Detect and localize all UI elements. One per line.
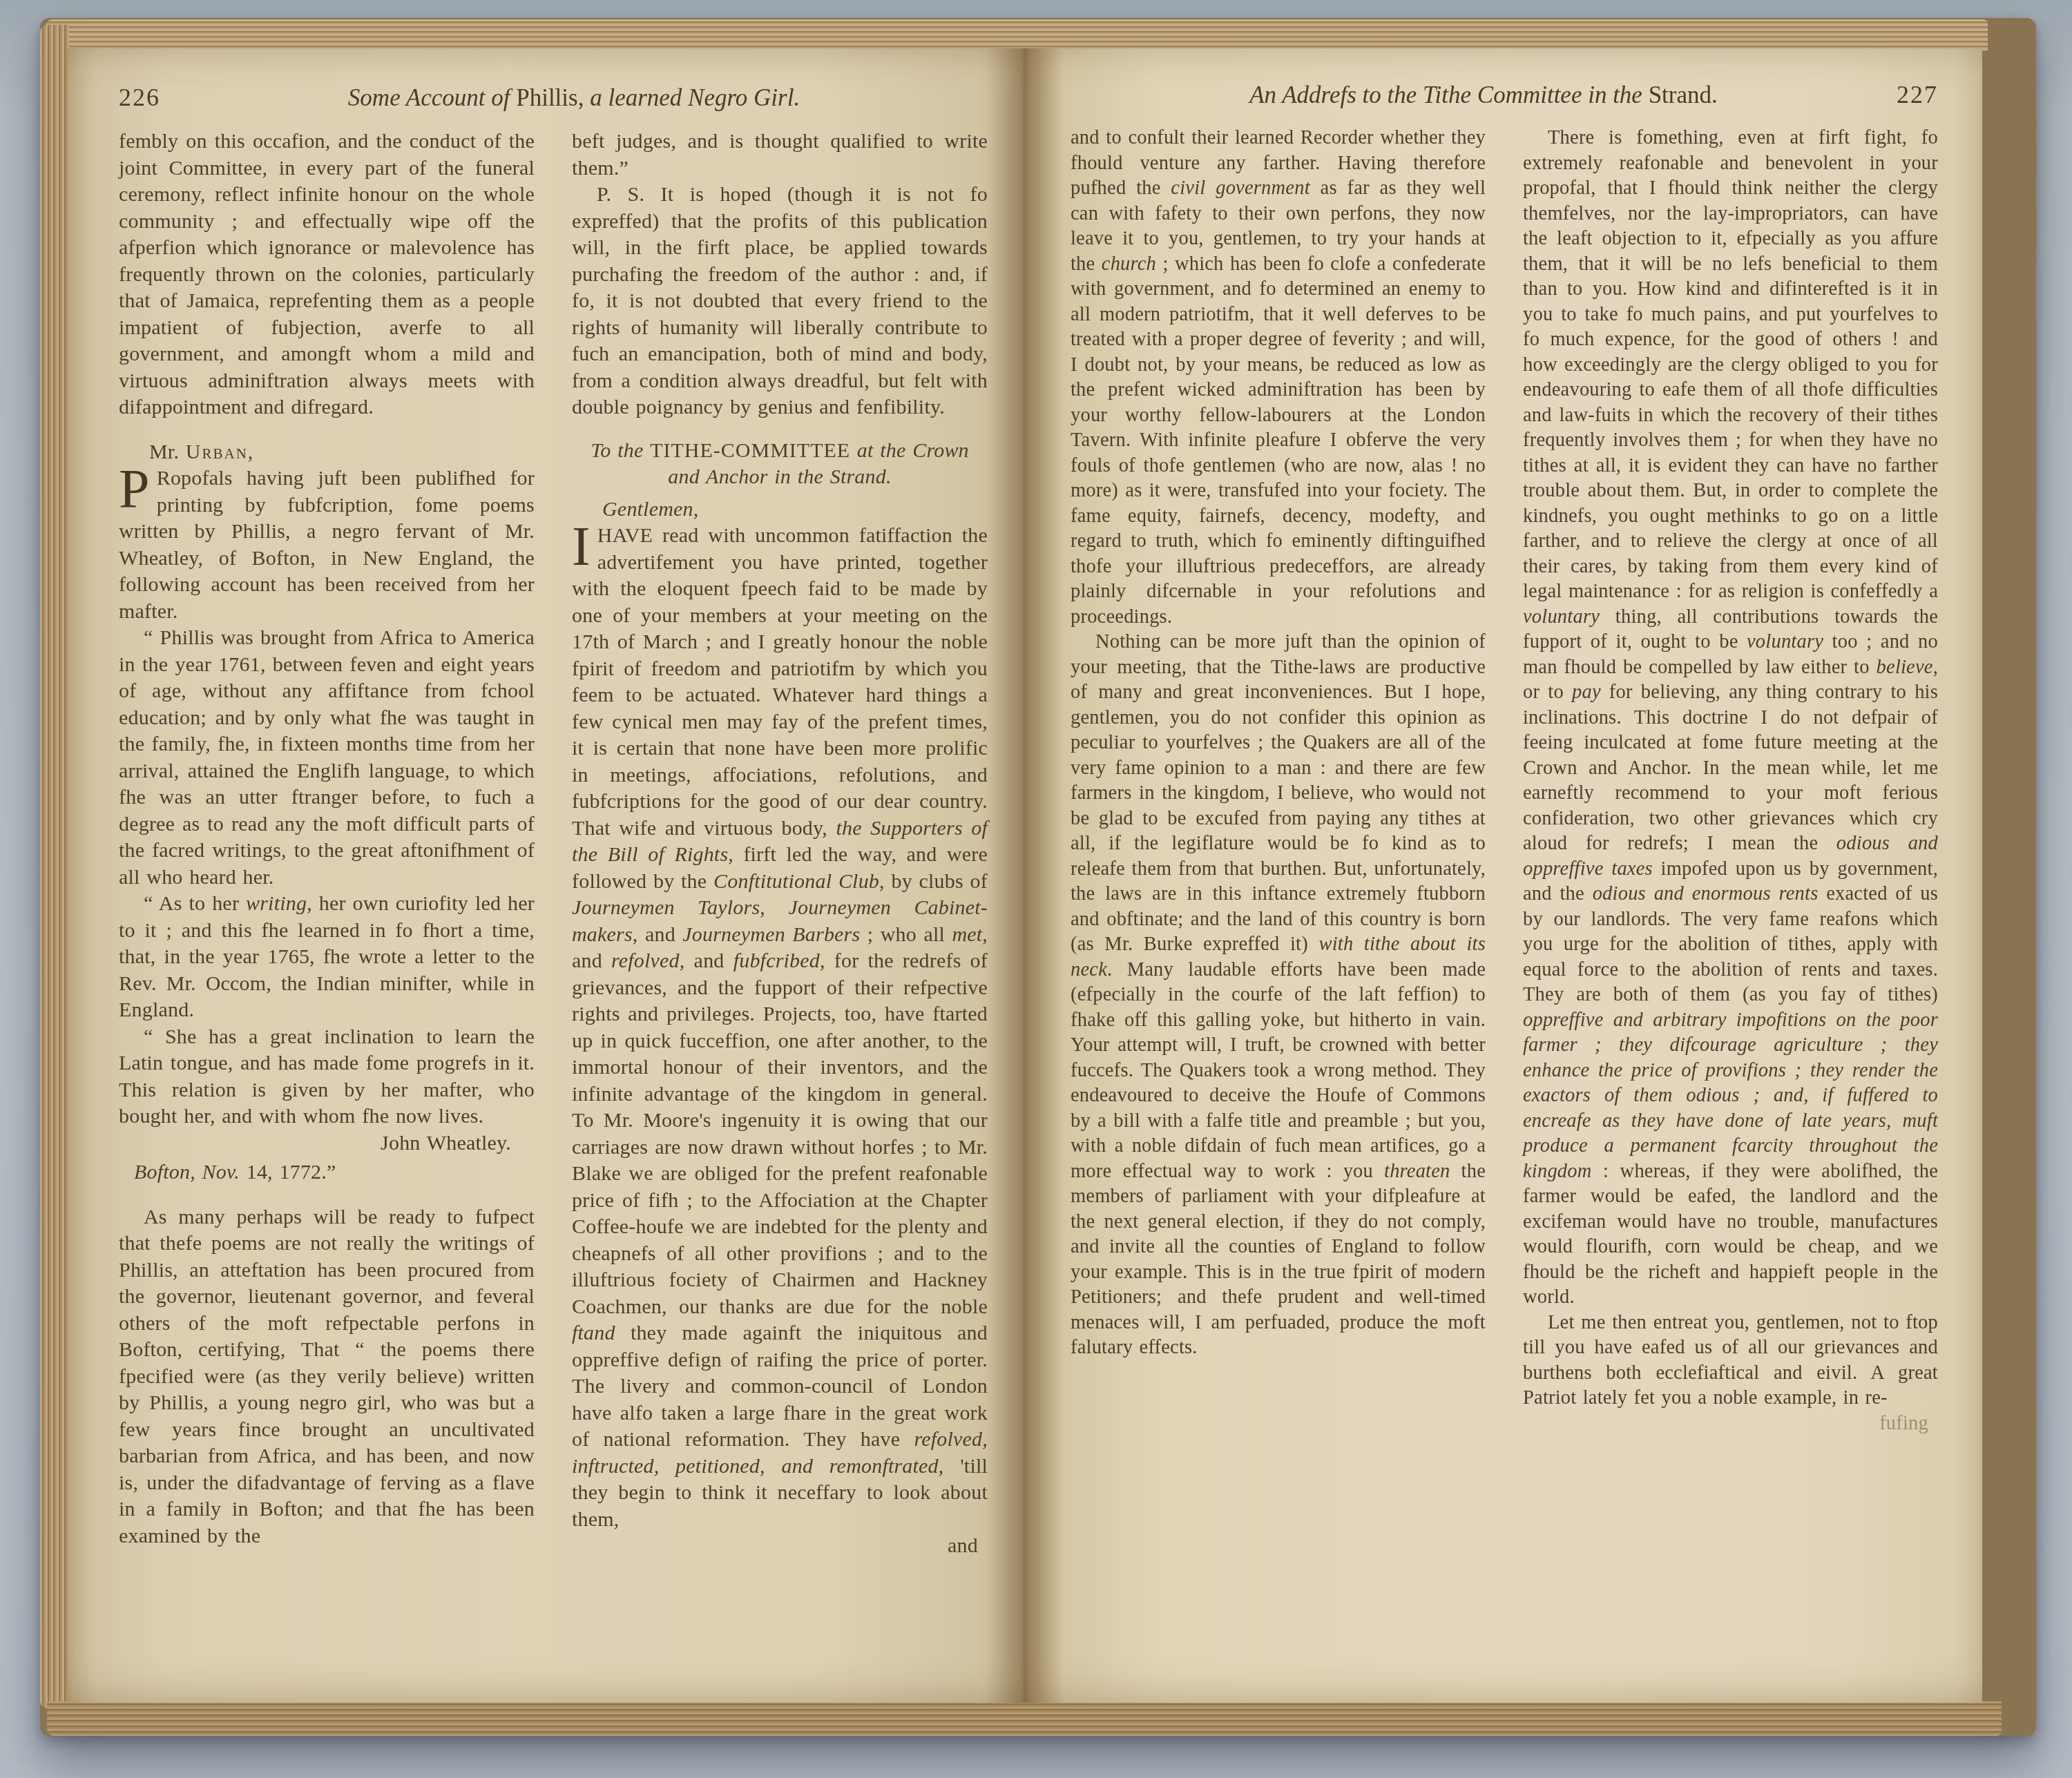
italic-text: To the bbox=[591, 439, 650, 462]
text: fembly on this occafion, and the conduct… bbox=[119, 130, 535, 418]
text: Let me then entreat you, gentlemen, not … bbox=[1523, 1312, 1938, 1409]
text: 14, 1772.” bbox=[240, 1161, 336, 1183]
text: “ She has a great inclination to learn t… bbox=[119, 1025, 535, 1128]
text: HAVE read with uncommon fatiffaction the… bbox=[572, 524, 988, 840]
italic-text: writing bbox=[246, 892, 307, 915]
page-stack-edge-top bbox=[46, 19, 1988, 51]
paragraph: John Wheatley. bbox=[119, 1130, 535, 1157]
paragraph: Bofton, Nov. 14, 1772.” bbox=[119, 1159, 535, 1186]
dropcap-letter: P bbox=[119, 465, 157, 512]
text: and bbox=[948, 1534, 978, 1557]
italic-text: Journeymen Barbers bbox=[682, 923, 860, 946]
page-stack-edge-bottom bbox=[47, 1701, 2002, 1736]
italic-text: civil government bbox=[1171, 177, 1310, 199]
text: ; who all bbox=[860, 923, 952, 946]
italic-text: voluntary bbox=[1747, 631, 1823, 653]
text: for believing, any thing contrary to his… bbox=[1523, 682, 1938, 854]
text: Urban bbox=[186, 441, 248, 463]
paragraph: “ As to her writing, her own curiofity l… bbox=[119, 891, 535, 1024]
article-heading: To the TITHE-COMMITTEE at the Crown and … bbox=[572, 438, 988, 491]
paragraph: beft judges, and is thought qualified to… bbox=[572, 128, 988, 182]
italic-text: Gentlemen, bbox=[602, 498, 698, 521]
italic-text: met bbox=[952, 923, 982, 946]
text: fufing bbox=[1879, 1413, 1928, 1434]
page-stack-edge-left bbox=[40, 25, 69, 1708]
catchword: and bbox=[572, 1533, 988, 1560]
book-spread: 226 Some Account of Phillis, a learned N… bbox=[68, 48, 1982, 1703]
text: There is fomething, even at firft fight,… bbox=[1523, 127, 1938, 602]
italic-text: refolved bbox=[611, 949, 680, 972]
text: Ropofals having juft been publifhed for … bbox=[119, 467, 535, 623]
running-title: An Addrefs to the Tithe Committee in the… bbox=[1071, 81, 1897, 109]
text: , and bbox=[633, 923, 682, 946]
text: As many perhaps will be ready to fufpect… bbox=[119, 1206, 535, 1547]
paragraph: “ She has a great inclination to learn t… bbox=[119, 1024, 535, 1130]
italic-text: pay bbox=[1572, 682, 1601, 703]
text: beft judges, and is thought qualified to… bbox=[572, 130, 988, 180]
paragraph: Gentlemen, bbox=[572, 496, 988, 523]
paragraph: As many perhaps will be ready to fufpect… bbox=[119, 1204, 535, 1550]
text: ; which has been fo clofe a confederate … bbox=[1071, 253, 1486, 628]
running-title: Some Account of Phillis, a learned Negro… bbox=[160, 84, 988, 112]
paragraph: and to confult their learned Recorder wh… bbox=[1071, 126, 1486, 630]
text: . Many laudable efforts have been made (… bbox=[1071, 959, 1486, 1182]
italic-text: Conftitutional Club bbox=[713, 870, 879, 893]
italic-text: fubfcribed bbox=[733, 949, 820, 972]
italic-text: threaten bbox=[1384, 1161, 1450, 1182]
paragraph: IHAVE read with uncommon fatiffaction th… bbox=[572, 523, 988, 1533]
paragraph: “ Phillis was brought from Africa to Ame… bbox=[119, 625, 535, 891]
italic-text: voluntary bbox=[1523, 606, 1600, 628]
paragraph: fembly on this occafion, and the conduct… bbox=[119, 128, 535, 421]
italic-text: An Addrefs to the Tithe Committee in the bbox=[1249, 81, 1648, 108]
text-column-2: beft judges, and is thought qualified to… bbox=[572, 128, 988, 1560]
text: Nothing can be more juft than the opinio… bbox=[1071, 631, 1486, 955]
text-column-1: and to confult their learned Recorder wh… bbox=[1071, 126, 1486, 1436]
text: , and bbox=[680, 949, 733, 972]
paragraph: Nothing can be more juft than the opinio… bbox=[1071, 630, 1486, 1361]
text: TITHE-COMMITTEE bbox=[650, 439, 850, 462]
text: Mr. bbox=[149, 441, 186, 463]
text: : whereas, if they were abolifhed, the f… bbox=[1523, 1161, 1938, 1308]
text: “ As to her bbox=[144, 892, 246, 915]
paragraph: Let me then entreat you, gentlemen, not … bbox=[1523, 1311, 1938, 1411]
text: Phillis, bbox=[516, 84, 590, 111]
italic-text: church bbox=[1102, 253, 1156, 275]
page-number: 227 bbox=[1897, 80, 1938, 109]
text: , bbox=[248, 441, 253, 463]
text: John Wheatley. bbox=[381, 1132, 511, 1154]
book: 226 Some Account of Phillis, a learned N… bbox=[40, 18, 2036, 1736]
italic-text: Journeymen Taylors bbox=[572, 896, 760, 919]
text: P. S. It is hoped (though it is not fo e… bbox=[572, 183, 988, 418]
italic-text: ftand bbox=[572, 1322, 615, 1344]
italic-text: a learned Negro Girl. bbox=[590, 84, 800, 111]
page-header-left: 226 Some Account of Phillis, a learned N… bbox=[119, 83, 988, 112]
paragraph: PRopofals having juft been publifhed for… bbox=[119, 465, 535, 625]
paragraph: There is fomething, even at firft fight,… bbox=[1523, 126, 1938, 1311]
page-header-right: An Addrefs to the Tithe Committee in the… bbox=[1071, 80, 1938, 109]
paragraph: Mr. Urban, bbox=[119, 439, 535, 466]
catchword: fufing bbox=[1523, 1411, 1938, 1437]
page-left: 226 Some Account of Phillis, a learned N… bbox=[68, 48, 1025, 1703]
italic-text: odious and enormous rents bbox=[1593, 883, 1819, 905]
text: , by clubs of bbox=[879, 870, 988, 893]
text: “ Phillis was brought from Africa to Ame… bbox=[119, 626, 535, 889]
page-number: 226 bbox=[119, 83, 160, 112]
italic-text: Bofton, Nov. bbox=[134, 1161, 240, 1183]
italic-text: believe bbox=[1877, 657, 1933, 678]
italic-text: oppreffive and arbitrary impofitions on … bbox=[1523, 1009, 1938, 1182]
text: Strand. bbox=[1649, 81, 1718, 108]
dropcap-letter: I bbox=[572, 523, 597, 569]
page-right: An Addrefs to the Tithe Committee in the… bbox=[1025, 48, 1982, 1703]
page-fore-edge-right bbox=[1981, 28, 2036, 1723]
text-column-1: fembly on this occafion, and the conduct… bbox=[119, 128, 535, 1560]
paragraph: P. S. It is hoped (though it is not fo e… bbox=[572, 182, 988, 421]
text: the members of parliament with your difp… bbox=[1071, 1161, 1486, 1359]
text-column-2: There is fomething, even at firft fight,… bbox=[1523, 126, 1938, 1436]
text: , bbox=[760, 896, 788, 919]
text: , for the redrefs of grievances, and the… bbox=[572, 949, 988, 1318]
italic-text: Some Account of bbox=[348, 84, 516, 111]
